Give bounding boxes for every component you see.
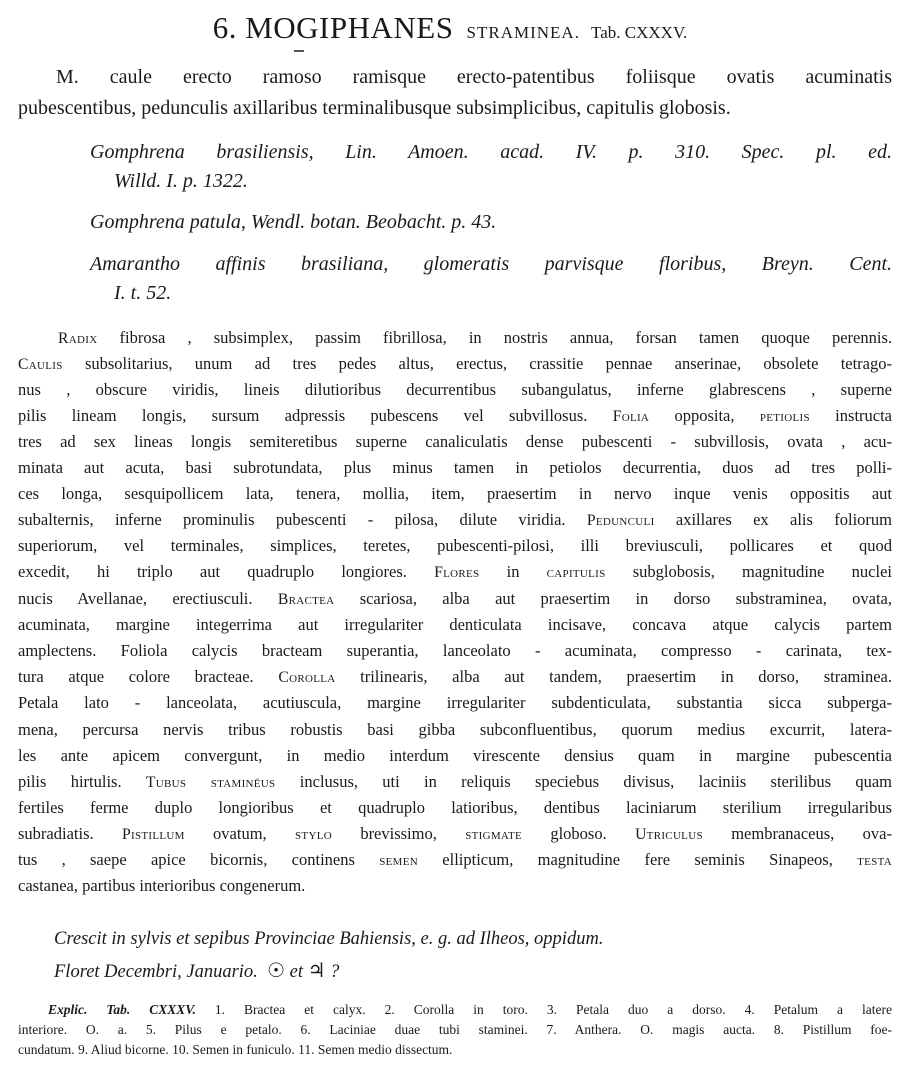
species-epithet: STRAMINEA. xyxy=(467,23,580,42)
synonym-line: Amarantho affinis brasiliana, glomeratis… xyxy=(90,253,892,281)
species-heading: 6. MOGIPHANES STRAMINEA. Tab. CXXXV. xyxy=(0,10,900,46)
description-line: acuminata, margine integerrima aut irreg… xyxy=(18,615,892,641)
description-line: tres ad sex lineas longis semiteretibus … xyxy=(18,432,892,458)
term-corolla: Corolla xyxy=(278,669,335,686)
flowering-line: Floret Decembri, Januario. ☉ et ♃ ? xyxy=(54,958,754,986)
description-line: superiorum, vel terminales, simplices, t… xyxy=(18,536,892,562)
description-line: tus , saepe apice bicornis, continens se… xyxy=(18,850,892,876)
term-petiolis: petiolis xyxy=(760,408,810,425)
term-pistillum: Pistillum xyxy=(122,826,185,843)
term-bractea: Bractea xyxy=(278,591,335,608)
term-stylo: stylo xyxy=(295,826,332,843)
description-line: minata aut acuta, basi subrotundata, plu… xyxy=(18,458,892,484)
plate-explanation-line: Explic. Tab. CXXXV. 1. Bractea et calyx.… xyxy=(48,1002,892,1022)
description-line: ces longa, sesquipollicem lata, tenera, … xyxy=(18,484,892,510)
term-radix: Radix xyxy=(58,330,97,347)
description-line: mena, percursa nervis tribus robustis ba… xyxy=(18,720,892,746)
term-tubus-stamineus: Tubus staminëus xyxy=(146,774,276,791)
term-pedunculi: Pedunculi xyxy=(587,512,655,529)
description-line: subradiatis. Pistillum ovatum, stylo bre… xyxy=(18,824,892,850)
term-caulis: Caulis xyxy=(18,356,63,373)
description-line: Caulis subsolitarius, unum ad tres pedes… xyxy=(18,354,892,380)
genus-name: 6. MOGIPHANES xyxy=(213,10,454,45)
synonym-line: I. t. 52. xyxy=(114,282,892,310)
description-line: Petala lato - lanceolata, acutiuscula, m… xyxy=(18,693,892,719)
term-semen: semen xyxy=(379,852,418,869)
book-page: 6. MOGIPHANES STRAMINEA. Tab. CXXXV. M. … xyxy=(0,0,900,1073)
synonym-line: Gomphrena brasiliensis, Lin. Amoen. acad… xyxy=(90,141,892,169)
annual-symbol-icon: ☉ xyxy=(267,960,285,982)
description-line: tura atque colore bracteae. Corolla tril… xyxy=(18,667,892,693)
heading-dash-mark xyxy=(294,50,304,52)
plate-explanation-label: Explic. Tab. CXXXV. xyxy=(48,1002,196,1017)
term-flores: Flores xyxy=(434,564,479,581)
habitat-line: Crescit in sylvis et sepibus Provinciae … xyxy=(54,929,754,957)
description-line: castanea, partibus interioribus congener… xyxy=(18,876,892,902)
term-testa: testa xyxy=(857,852,892,869)
term-folia: Folia xyxy=(613,408,649,425)
plate-explanation-line: interiore. O. a. 5. Pilus e petalo. 6. L… xyxy=(18,1022,892,1042)
description-line: excedit, hi triplo aut quadruplo longior… xyxy=(18,562,892,588)
description-line: amplectens. Foliola calycis bracteam sup… xyxy=(18,641,892,667)
description-line: nucis Avellanae, erectiusculi. Bractea s… xyxy=(18,589,892,615)
diagnosis-line: pubescentibus, pedunculis axillaribus te… xyxy=(18,97,892,125)
plate-reference: Tab. CXXXV. xyxy=(591,23,687,42)
plate-explanation-line: cundatum. 9. Aliud bicorne. 10. Semen in… xyxy=(18,1042,892,1062)
perennial-symbol-icon: ♃ xyxy=(308,960,326,982)
description-line: fertiles ferme duplo longioribus et quad… xyxy=(18,798,892,824)
term-stigmate: stigmate xyxy=(465,826,522,843)
term-utriculus: Utriculus xyxy=(635,826,703,843)
synonym-line: Willd. I. p. 1322. xyxy=(114,170,892,198)
synonym-line: Gomphrena patula, Wendl. botan. Beobacht… xyxy=(90,211,892,239)
description-line: nus , obscure viridis, lineis dilutiorib… xyxy=(18,380,892,406)
description-line: subalternis, inferne prominulis pubescen… xyxy=(18,510,892,536)
description-line: pilis lineam longis, sursum adpressis pu… xyxy=(18,406,892,432)
description-line: les ante apicem convergunt, in medio int… xyxy=(18,746,892,772)
description-line: pilis hirtulis. Tubus staminëus inclusus… xyxy=(18,772,892,798)
diagnosis-line: M. caule erecto ramoso ramisque erecto-p… xyxy=(56,66,892,94)
term-capitulis: capitulis xyxy=(547,564,606,581)
description-line: Radix fibrosa , subsimplex, passim fibri… xyxy=(58,328,892,354)
